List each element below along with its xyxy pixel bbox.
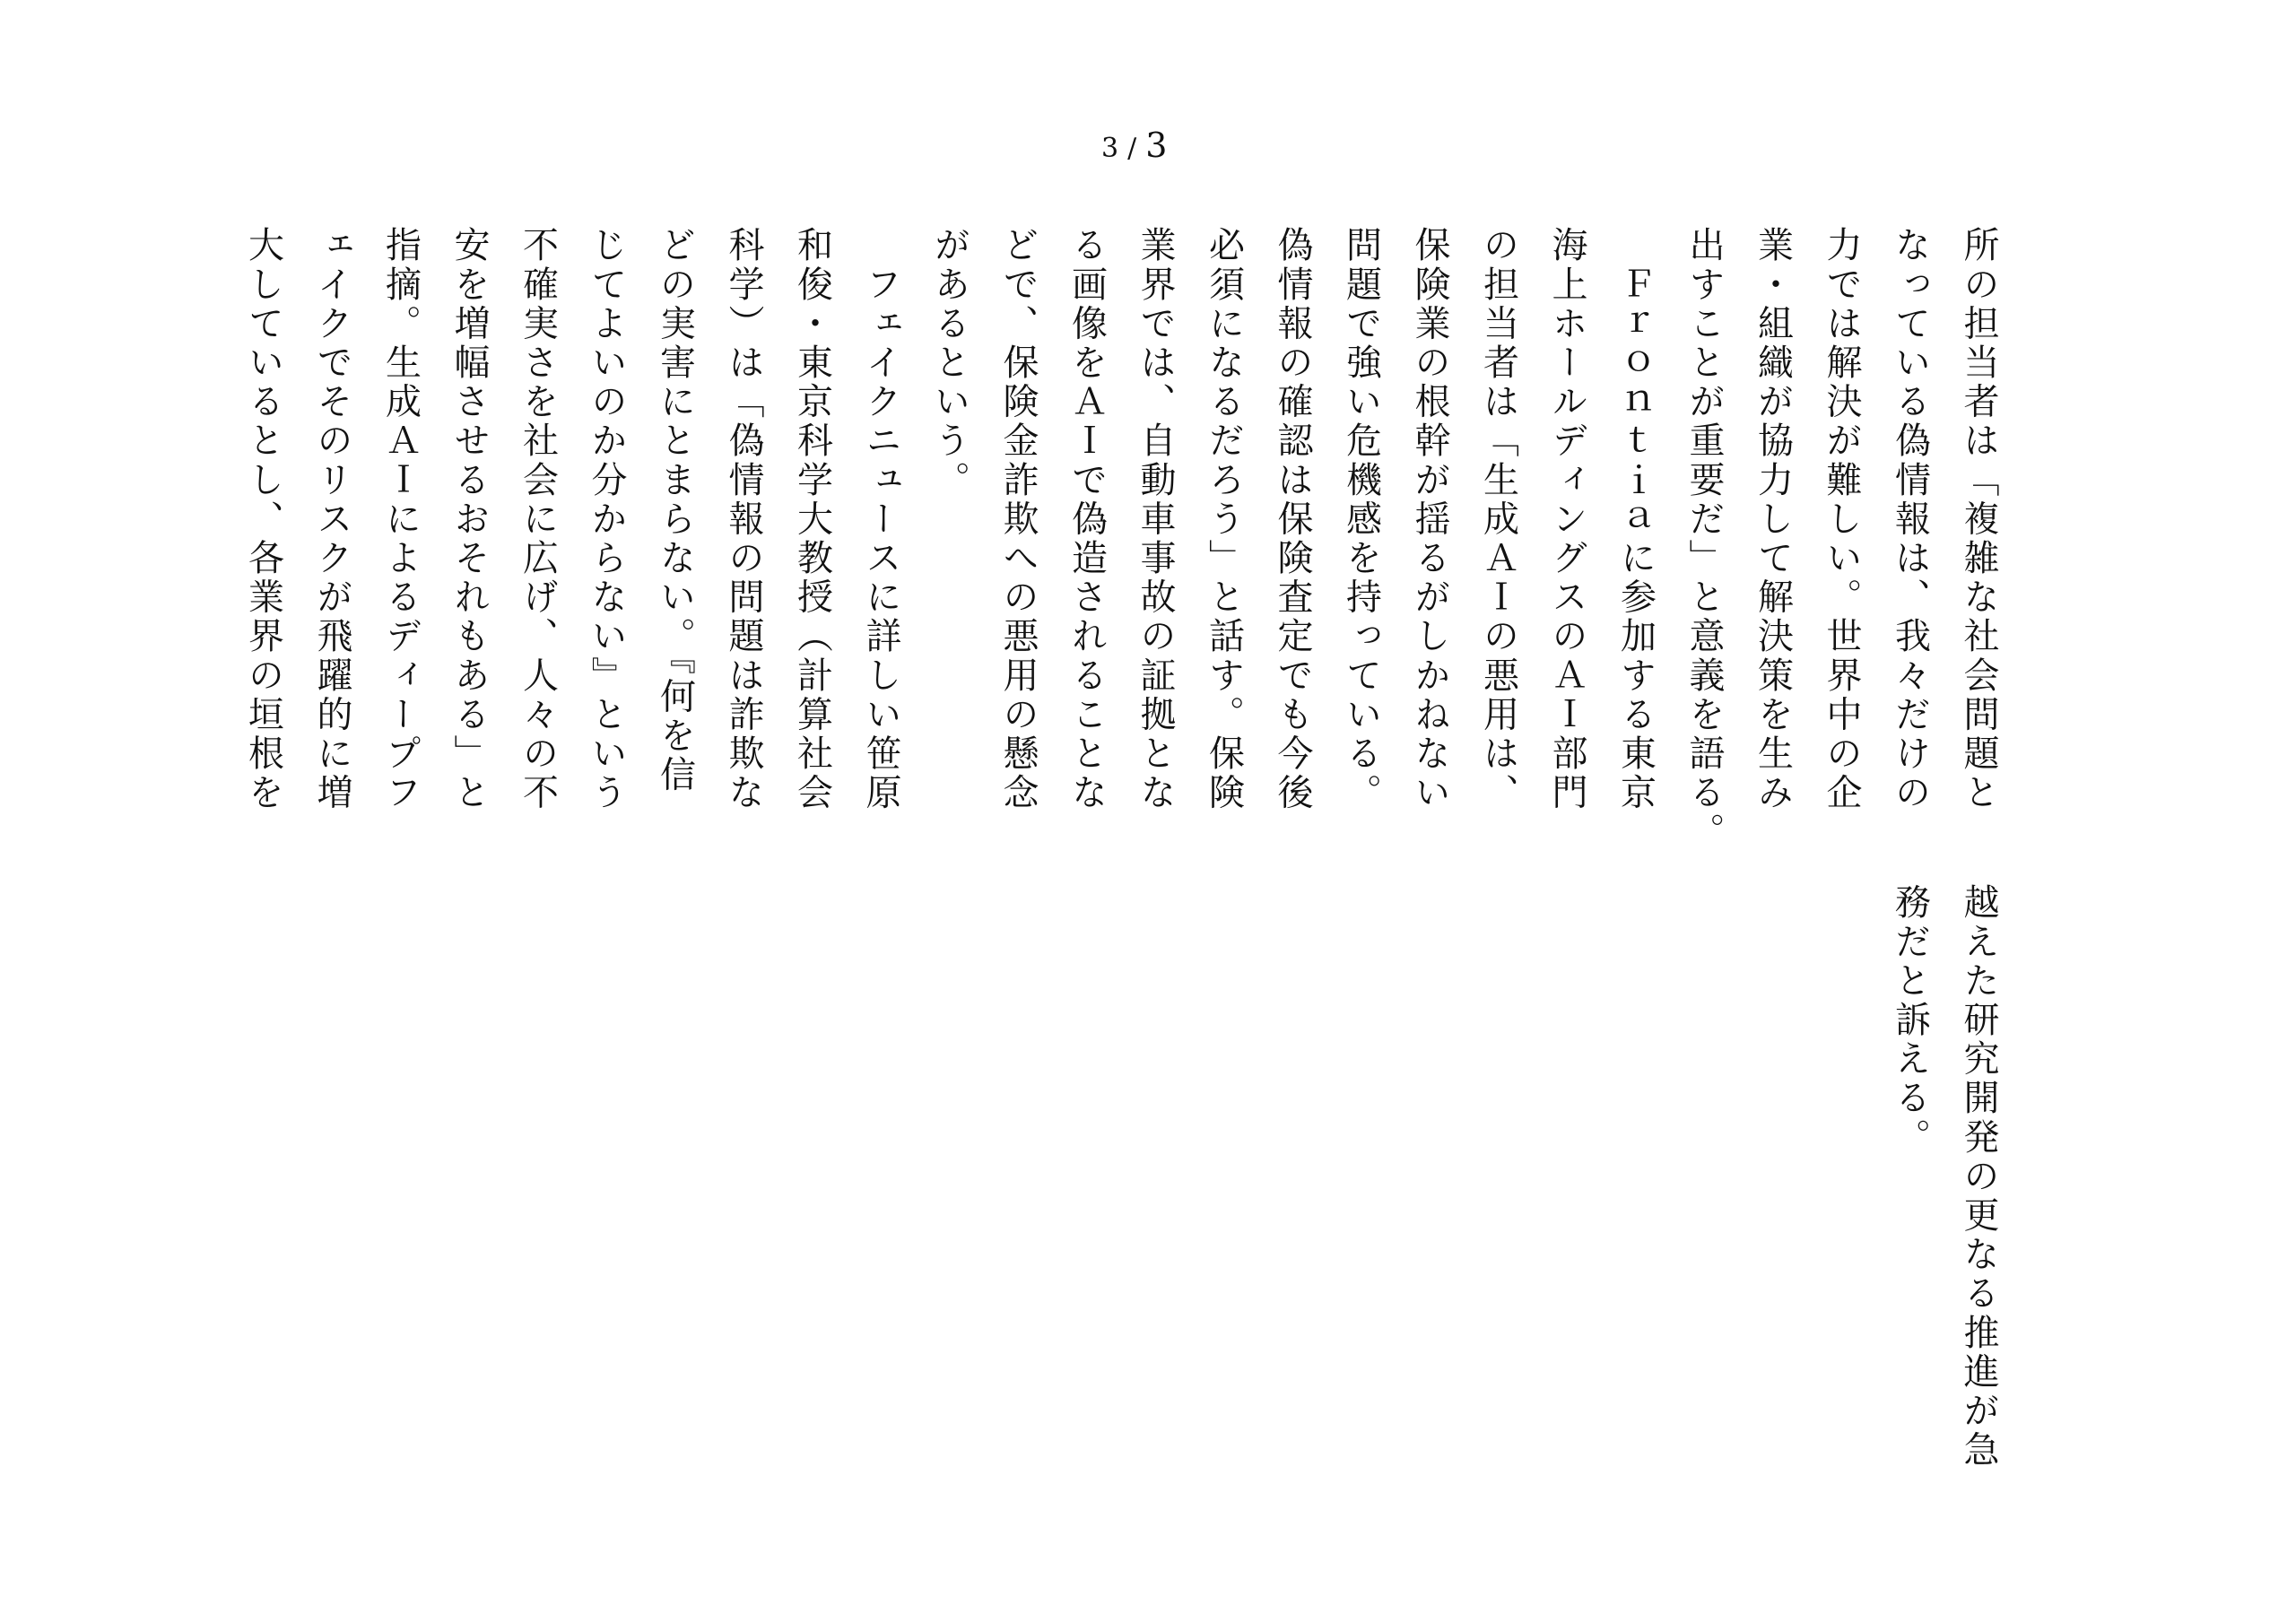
- text-column: Ｆｒｏｎｔｉａに参加する東京: [1601, 226, 1670, 746]
- text-column: どの実害にとまらない。『何を信: [640, 226, 709, 746]
- text-column: る画像をＡＩで偽造されることな: [1052, 226, 1121, 746]
- text-column: どで、保険金詐欺への悪用の懸念: [984, 226, 1053, 746]
- article-body-lower: 越えた研究開発の更なる推進が急 務だと訴える。: [1875, 883, 2013, 1403]
- text-column: 保険業の根幹が揺るがしかねない: [1396, 226, 1465, 746]
- text-column: があるという。: [915, 226, 984, 746]
- page-total: 3: [1145, 126, 1169, 165]
- text-column: 安を増幅させるおそれもある」と: [435, 226, 504, 746]
- text-column: なっている偽情報は、我々だけの: [1875, 226, 1944, 746]
- text-column: 指摘。生成ＡＩによるディープフ: [366, 226, 435, 746]
- page-current: 3: [1101, 133, 1120, 164]
- page-separator: /: [1127, 133, 1138, 164]
- text-column: 所の担当者は「複雑な社会問題と: [1944, 226, 2013, 746]
- text-column: 問題で強い危機感を持っている。: [1326, 226, 1396, 746]
- text-column: 業・組織が協力して解決策を生み: [1738, 226, 1807, 746]
- text-column: 必須になるだろう」と話す。保険: [1189, 226, 1258, 746]
- text-column: じてよいのか分からない』という: [572, 226, 641, 746]
- text-column: 大しているとし、各業界の垣根を: [229, 226, 298, 746]
- text-column: フェイクニュースに詳しい笹原: [847, 226, 916, 746]
- text-column: 越えた研究開発の更なる推進が急: [1944, 883, 2013, 1403]
- text-column: 力では解決が難しい。世界中の企: [1807, 226, 1876, 746]
- text-column: 業界では、自動車事故の証拠とな: [1121, 226, 1190, 746]
- text-column: 出すことが重要だ」と意義を語る。: [1670, 226, 1739, 746]
- article-body-upper: 所の担当者は「複雑な社会問題と なっている偽情報は、我々だけの 力では解決が難し…: [229, 226, 2013, 746]
- text-column: 科学）は「偽情報の問題は詐欺な: [709, 226, 778, 746]
- page-indicator: 3/3: [1101, 126, 1169, 165]
- text-column: 偽情報の確認は保険査定でも今後: [1258, 226, 1327, 746]
- text-column: 海上ホールディングスのＡＩ部門: [1533, 226, 1602, 746]
- text-column: の担当者は「生成ＡＩの悪用は、: [1464, 226, 1533, 746]
- text-column: ェイクでそのリスクが飛躍的に増: [298, 226, 367, 746]
- text-column: 務だと訴える。: [1875, 883, 1944, 1403]
- text-column: 和俊・東京科学大教授（計算社会: [778, 226, 847, 746]
- text-column: 不確実さを社会に広げ、人々の不: [503, 226, 572, 746]
